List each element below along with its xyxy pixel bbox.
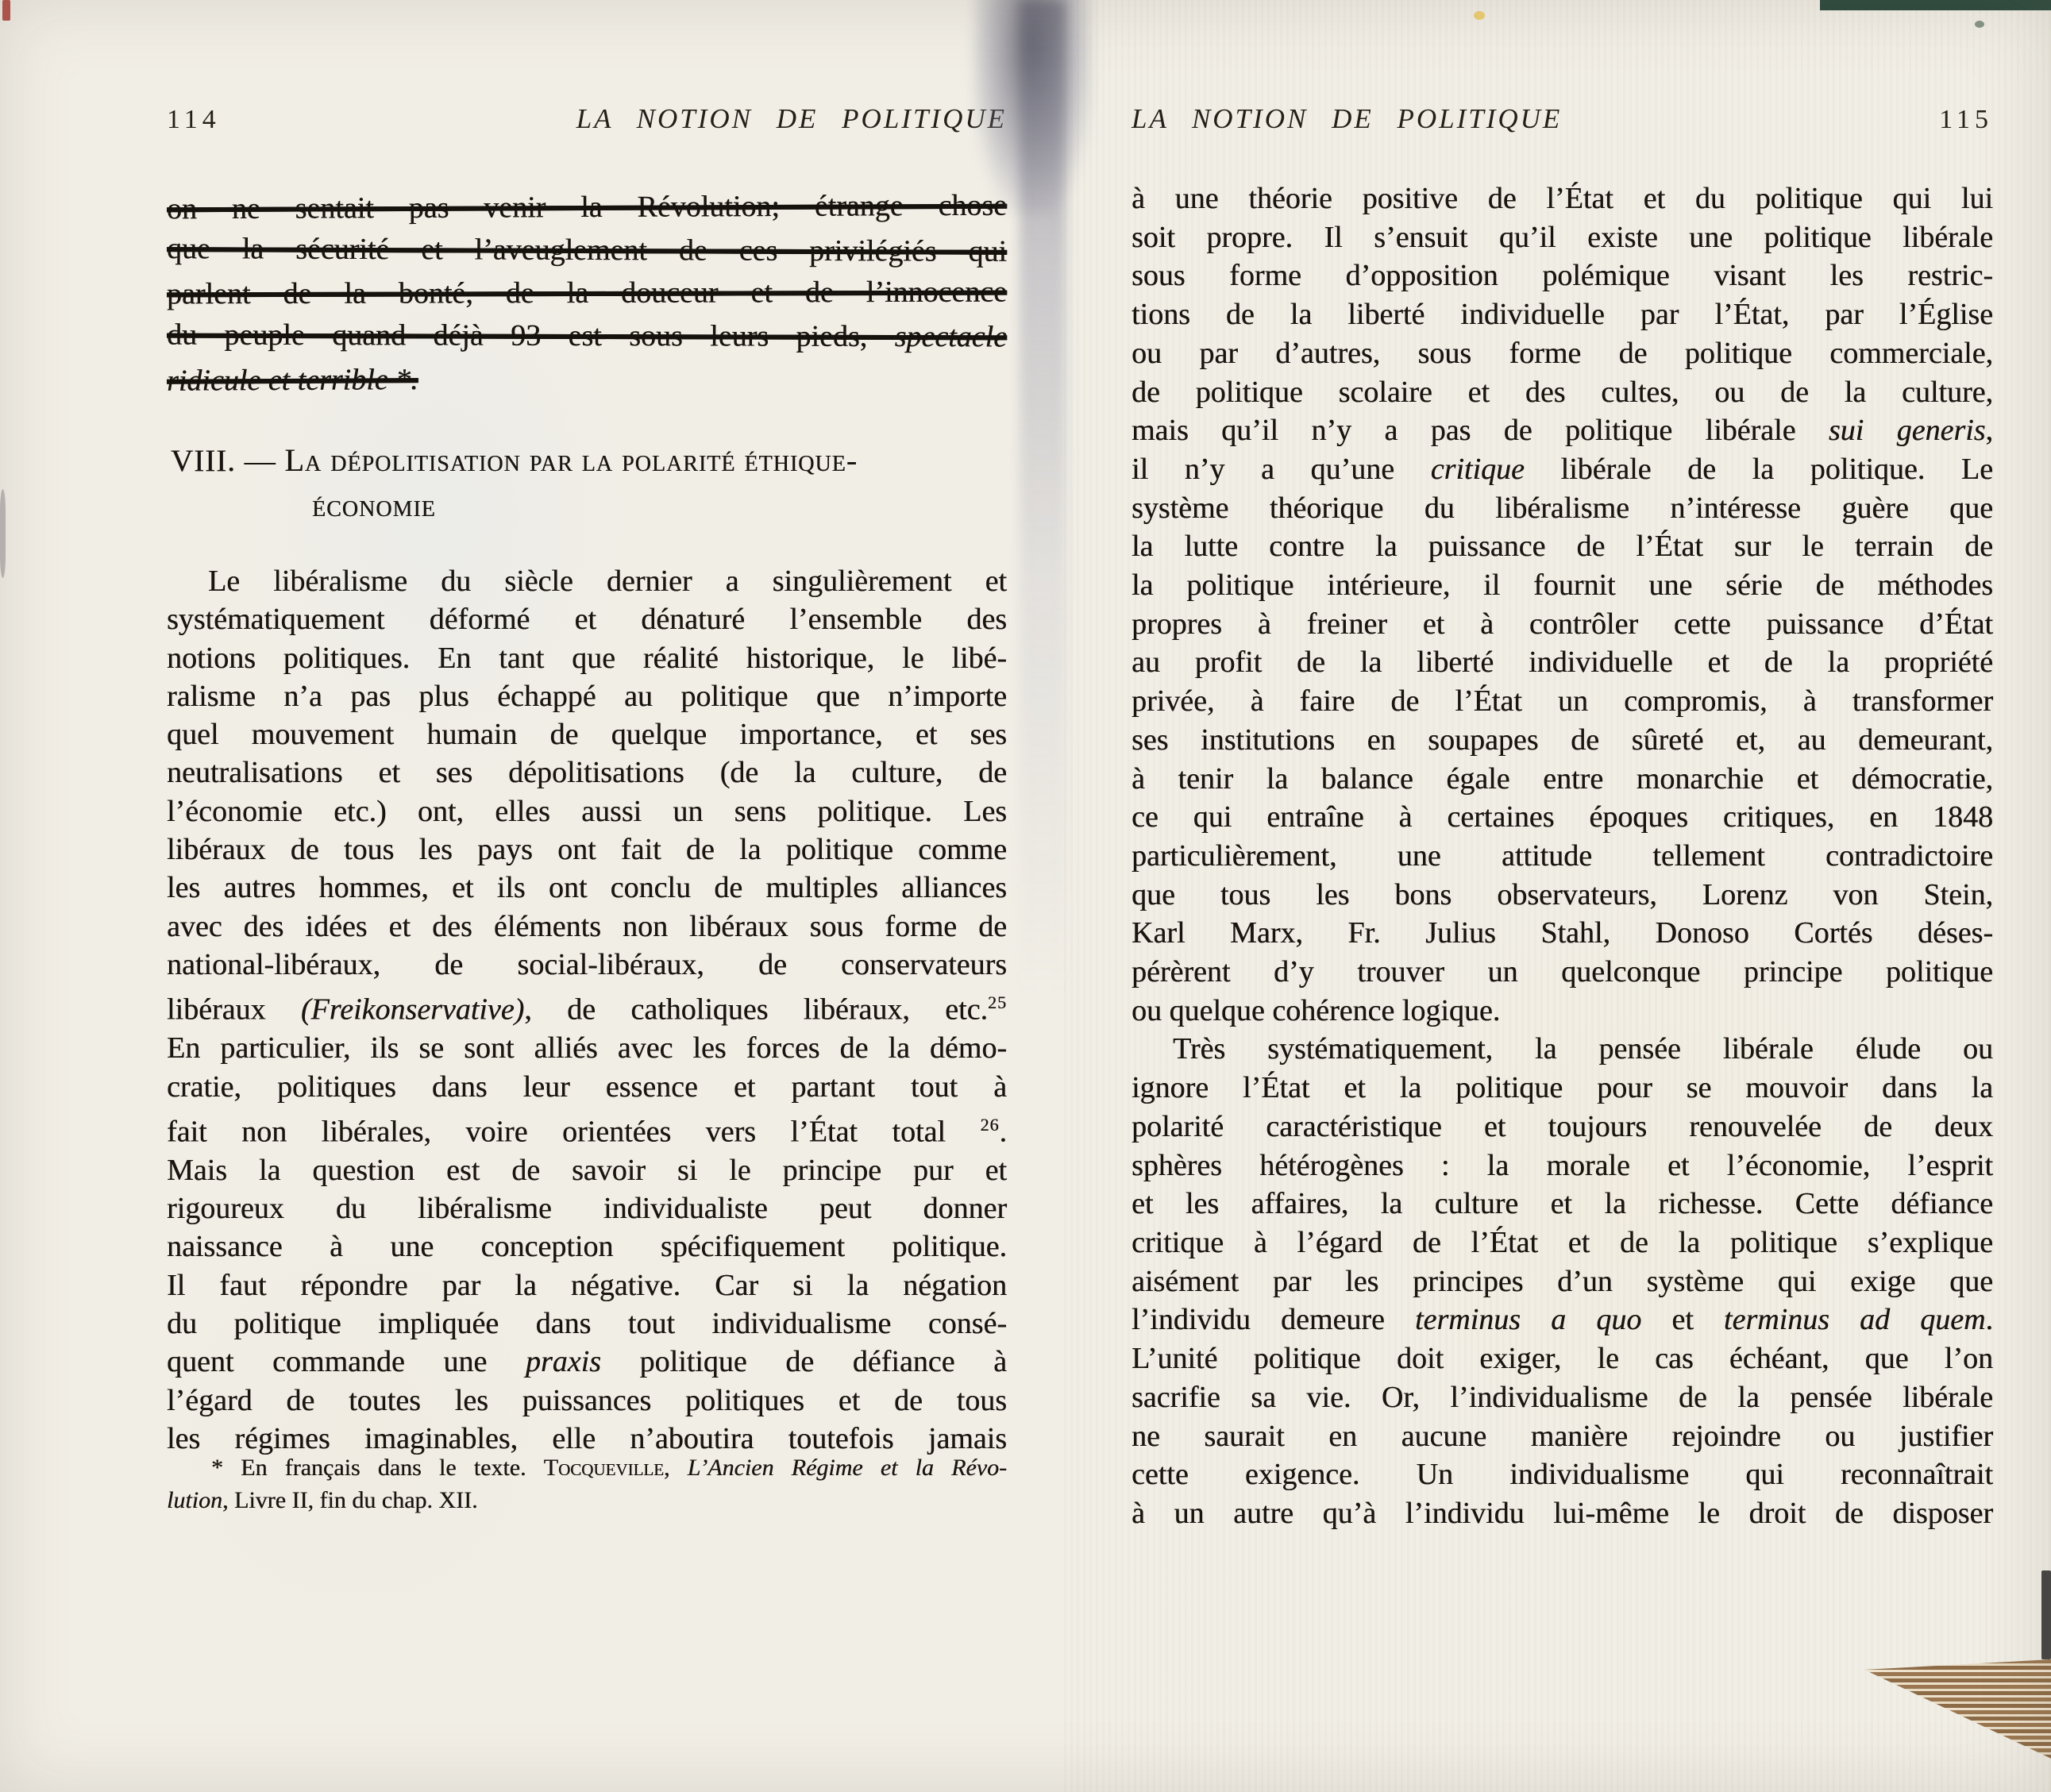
text-line: que la sécurité et l’aveuglement de ces … — [167, 227, 1007, 273]
section-heading: VIII. — La dépolitisation par la polarit… — [171, 438, 973, 529]
text-line: quent commande une praxis politique de d… — [167, 1343, 1007, 1381]
text-line: polarité caractéristique et toujours ren… — [1132, 1108, 1993, 1146]
text-line: VIII. — La dépolitisation par la polarit… — [171, 438, 973, 484]
text-line: pérèrent d’y trouver un quelconque princ… — [1132, 953, 1993, 992]
text-line: particulièrement, une attitude tellement… — [1132, 837, 1993, 876]
text-line: l’égard de toutes les puissances politiq… — [167, 1382, 1007, 1420]
text-line: * En français dans le texte. Tocqueville… — [167, 1451, 1007, 1484]
text-line: avec des idées et des éléments non libér… — [167, 908, 1007, 946]
text-line: cratie, politiques dans leur essence et … — [167, 1068, 1007, 1106]
right-page-body-text: à une théorie positive de l’État et du p… — [1132, 179, 1993, 1533]
text-line: ignore l’État et la politique pour se mo… — [1132, 1069, 1993, 1108]
text-line: à un autre qu’à l’individu lui-même le d… — [1132, 1494, 1993, 1533]
right-page-number: 115 — [1939, 105, 1993, 135]
text-line: à une théorie positive de l’État et du p… — [1132, 179, 1993, 218]
scan-edge-mark — [2, 0, 10, 21]
text-line: libéraux (Freikonservative), de catholiq… — [167, 984, 1007, 1029]
text-line: aisément par les principes d’un système … — [1132, 1262, 1993, 1301]
text-line: propres à freiner et à contrôler cette p… — [1132, 605, 1993, 644]
text-line: Karl Marx, Fr. Julius Stahl, Donoso Cort… — [1132, 914, 1993, 953]
text-line: parlent de la bonté, de la douceur et de… — [167, 271, 1007, 316]
text-line: la lutte contre la puissance de l’État s… — [1132, 527, 1993, 566]
text-line: quel mouvement humain de quelque importa… — [167, 715, 1007, 753]
text-line: soit propre. Il s’ensuit qu’il existe un… — [1132, 218, 1993, 257]
text-line: ses institutions en soupapes de sûreté e… — [1132, 721, 1993, 760]
left-page-header: 114 LA NOTION DE POLITIQUE — [167, 103, 1007, 135]
text-line: tions de la liberté individuelle par l’É… — [1132, 295, 1993, 334]
text-line: du peuple quand déjà 93 est sous leurs p… — [167, 314, 1007, 359]
text-line: ralisme n’a pas plus échappé au politiqu… — [167, 677, 1007, 715]
scan-edge-mark — [0, 489, 6, 578]
text-line: libéraux de tous les pays ont fait de la… — [167, 830, 1007, 869]
paper-speck — [1975, 21, 1984, 28]
text-line: L’unité politique doit exiger, le cas éc… — [1132, 1339, 1993, 1378]
page-edge-wedge — [1864, 1659, 2051, 1763]
text-line: ou par d’autres, sous forme de politique… — [1132, 334, 1993, 373]
text-line: cette exigence. Un individualisme qui re… — [1132, 1455, 1993, 1494]
right-running-title: LA NOTION DE POLITIQUE — [1132, 103, 1562, 135]
struck-out-quotation: on ne sentait pas venir la Révolution; é… — [167, 186, 1007, 400]
text-line: mais qu’il n’y a pas de politique libéra… — [1132, 411, 1993, 450]
text-line: système théorique du libéralisme n’intér… — [1132, 489, 1993, 528]
text-line: naissance à une conception spécifiquemen… — [167, 1227, 1007, 1266]
text-line: du politique impliquée dans tout individ… — [167, 1304, 1007, 1343]
scan-edge-mark — [2041, 1570, 2051, 1659]
text-line: fait non libérales, voire orientées vers… — [167, 1106, 1007, 1151]
text-line: Le libéralisme du siècle dernier a singu… — [167, 562, 1007, 600]
text-line: économie — [312, 484, 973, 529]
left-page-number: 114 — [167, 105, 221, 135]
text-line: l’économie etc.) ont, elles aussi un sen… — [167, 792, 1007, 830]
text-line: national-libéraux, de social-libéraux, d… — [167, 946, 1007, 984]
text-line: on ne sentait pas venir la Révolution; é… — [167, 184, 1007, 231]
left-running-title: LA NOTION DE POLITIQUE — [576, 103, 1007, 135]
text-line: ce qui entraîne à certaines époques crit… — [1132, 798, 1993, 837]
text-line: au profit de la liberté individuelle et … — [1132, 643, 1993, 682]
text-line: lution, Livre II, fin du chap. XII. — [167, 1484, 1007, 1516]
text-line: l’individu demeure terminus a quo et ter… — [1132, 1301, 1993, 1339]
text-line: Mais la question est de savoir si le pri… — [167, 1151, 1007, 1189]
text-line: neutralisations et ses dépolitisations (… — [167, 753, 1007, 792]
text-line: privée, à faire de l’État un compromis, … — [1132, 682, 1993, 721]
text-line: et les affaires, la culture et la riches… — [1132, 1185, 1993, 1224]
text-line: systématiquement déformé et dénaturé l’e… — [167, 600, 1007, 638]
scanner-edge-strip — [1820, 0, 2051, 10]
text-line: rigoureux du libéralisme individualiste … — [167, 1189, 1007, 1227]
text-line: de politique scolaire et des cultes, ou … — [1132, 373, 1993, 412]
text-line: sous forme d’opposition polémique visant… — [1132, 256, 1993, 295]
text-line: ridicule et terrible *. — [167, 355, 1007, 403]
paper-speck — [1474, 11, 1485, 20]
gutter-shadow — [1020, 0, 1066, 1048]
text-line: il n’y a qu’une critique libérale de la … — [1132, 450, 1993, 489]
right-page-header: LA NOTION DE POLITIQUE 115 — [1132, 103, 1993, 135]
text-line: la politique intérieure, il fournit une … — [1132, 566, 1993, 605]
text-line: critique à l’égard de l’État et de la po… — [1132, 1224, 1993, 1262]
footnote: * En français dans le texte. Tocqueville… — [167, 1451, 1007, 1516]
text-line: En particulier, ils se sont alliés avec … — [167, 1029, 1007, 1067]
text-line: les autres hommes, et ils ont conclu de … — [167, 869, 1007, 907]
text-line: à tenir la balance égale entre monarchie… — [1132, 760, 1993, 799]
book-scan: { "page_left": { "number": "114", "runni… — [0, 0, 2051, 1792]
text-line: Il faut répondre par la négative. Car si… — [167, 1266, 1007, 1304]
text-line: ou quelque cohérence logique. — [1132, 992, 1993, 1031]
text-line: ne saurait en aucune manière rejoindre o… — [1132, 1417, 1993, 1456]
text-line: sacrifie sa vie. Or, l’individualisme de… — [1132, 1378, 1993, 1417]
text-line: notions politiques. En tant que réalité … — [167, 639, 1007, 677]
text-line: Très systématiquement, la pensée libéral… — [1132, 1030, 1993, 1069]
left-page-body-text: Le libéralisme du siècle dernier a singu… — [167, 562, 1007, 1458]
text-line: sphères hétérogènes : la morale et l’éco… — [1132, 1146, 1993, 1185]
text-line: que tous les bons observateurs, Lorenz v… — [1132, 876, 1993, 915]
